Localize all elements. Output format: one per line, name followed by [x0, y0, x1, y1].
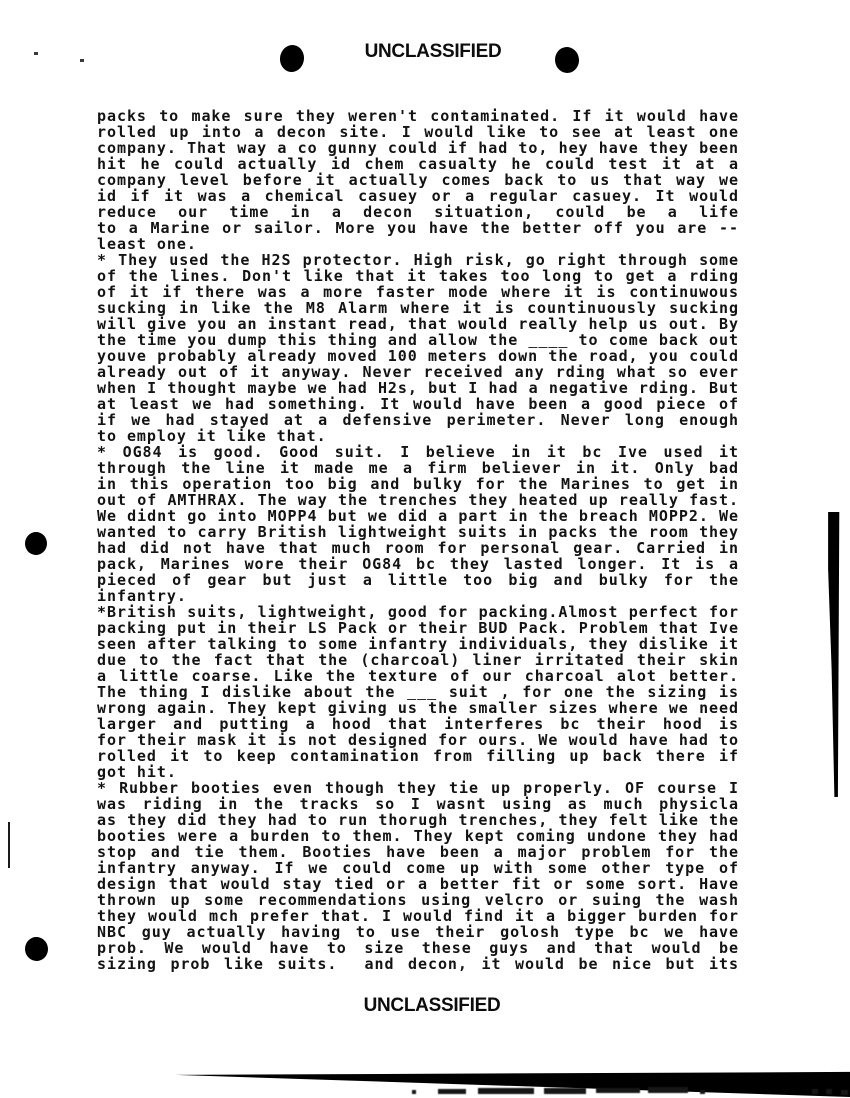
text-line: rolled it to keep contamination from fil…: [97, 748, 739, 764]
paragraph: * Rubber booties even though they tie up…: [97, 780, 739, 972]
paragraph: * OG84 is good. Good suit. I believe in …: [97, 444, 739, 604]
text-line: We didnt go into MOPP4 but we did a part…: [97, 508, 739, 524]
text-line: stop and tie them. Booties have been a m…: [97, 844, 739, 860]
text-line: id if it was a chemical casuey or a regu…: [97, 188, 739, 204]
scan-artifact-smudge: [826, 1089, 832, 1094]
text-line: packing put in their LS Pack or their BU…: [97, 620, 739, 636]
scan-artifact-wedge: [0, 1065, 850, 1098]
text-line: a little coarse. Like the texture of our…: [97, 668, 739, 684]
footer-classification-label: UNCLASSIFIED: [7, 995, 850, 1017]
scanned-document-page: UNCLASSIFIED packs to make sure they wer…: [0, 0, 850, 1098]
scan-artifact-smudge: [544, 1088, 586, 1094]
text-line: infantry.: [97, 588, 739, 604]
scan-artifact-line: [8, 822, 10, 868]
text-line: The thing I dislike about the ___ suit ,…: [97, 684, 739, 700]
text-line: prob. We would have to size these guys a…: [97, 940, 739, 956]
text-line: already out of it anyway. Never received…: [97, 364, 739, 380]
text-line: * They used the H2S protector. High risk…: [97, 252, 739, 268]
text-line: got hit.: [97, 764, 739, 780]
hole-punch-mark: [24, 936, 49, 962]
text-line: seen after talking to some infantry indi…: [97, 636, 739, 652]
text-line: * Rubber booties even though they tie up…: [97, 780, 739, 796]
scan-artifact-smudge: [412, 1090, 416, 1094]
text-line: youve probably already moved 100 meters …: [97, 348, 739, 364]
text-line: as they did they had to run thorugh tren…: [97, 812, 739, 828]
scan-artifact-smudge: [700, 1090, 705, 1094]
text-line: when I thought maybe we had H2s, but I h…: [97, 380, 739, 396]
text-line: they would mch prefer that. I would find…: [97, 908, 739, 924]
text-line: at least we had something. It would have…: [97, 396, 739, 412]
text-line: infantry anyway. If we could come up wit…: [97, 860, 739, 876]
text-line: larger and putting a hood that interfere…: [97, 716, 739, 732]
text-line: packs to make sure they weren't contamin…: [97, 108, 739, 124]
text-line: had did not have that much room for pers…: [97, 540, 739, 556]
text-line: of the lines. Don't like that it takes t…: [97, 268, 739, 284]
scan-artifact-smudge: [648, 1087, 688, 1093]
text-line: least one.: [97, 236, 739, 252]
text-line: hit he could actually id chem casualty h…: [97, 156, 739, 172]
text-line: due to the fact that the (charcoal) line…: [97, 652, 739, 668]
text-line: * OG84 is good. Good suit. I believe in …: [97, 444, 739, 460]
text-line: in this operation too big and bulky for …: [97, 476, 739, 492]
text-line: company. That way a co gunny could if ha…: [97, 140, 739, 156]
paragraph: *British suits, lightweight, good for pa…: [97, 604, 739, 780]
text-line: to a Marine or sailor. More you have the…: [97, 220, 739, 236]
text-line: design that would stay tied or a better …: [97, 876, 739, 892]
text-line: sizing prob like suits. and decon, it wo…: [97, 956, 739, 972]
text-line: for their mask it is not designed for ou…: [97, 732, 739, 748]
text-line: reduce our time in a decon situation, co…: [97, 204, 739, 220]
text-line: of it if there was a more faster mode wh…: [97, 284, 739, 300]
text-line: out of AMTHRAX. The way the trenches the…: [97, 492, 739, 508]
text-line: if we had stayed at a defensive perimete…: [97, 412, 739, 428]
scan-artifact-smudge: [438, 1089, 466, 1094]
paragraph: packs to make sure they weren't contamin…: [97, 108, 739, 252]
text-line: will give you an instant read, that woul…: [97, 316, 739, 332]
paragraph: * They used the H2S protector. High risk…: [97, 252, 739, 444]
text-line: wrong again. They kept giving us the sma…: [97, 700, 739, 716]
scan-artifact-smudge: [812, 1089, 818, 1094]
text-line: through the line it made me a firm belie…: [97, 460, 739, 476]
header-classification-label: UNCLASSIFIED: [8, 41, 850, 63]
scan-artifact-smudge: [596, 1088, 640, 1093]
scan-artifact-smudge: [841, 1090, 848, 1095]
text-line: to employ it like that.: [97, 428, 739, 444]
scan-artifact-bar: [826, 512, 840, 797]
scan-artifact-smudge: [478, 1088, 534, 1094]
text-line: the time you dump this thing and allow t…: [97, 332, 739, 348]
text-line: wanted to carry British lightweight suit…: [97, 524, 739, 540]
text-line: was riding in the tracks so I wasnt usin…: [97, 796, 739, 812]
text-line: NBC guy actually having to use their gol…: [97, 924, 739, 940]
text-line: thrown up some recommendations using vel…: [97, 892, 739, 908]
text-line: pack, Marines wore their OG84 bc they la…: [97, 556, 739, 572]
text-line: booties were a burden to them. They kept…: [97, 828, 739, 844]
text-line: rolled up into a decon site. I would lik…: [97, 124, 739, 140]
text-line: sucking in like the M8 Alarm where it is…: [97, 300, 739, 316]
hole-punch-mark: [24, 531, 48, 555]
text-line: company level before it actually comes b…: [97, 172, 739, 188]
text-line: *British suits, lightweight, good for pa…: [97, 604, 739, 620]
document-body: packs to make sure they weren't contamin…: [97, 108, 739, 972]
text-line: pieced of gear but just a little too big…: [97, 572, 739, 588]
